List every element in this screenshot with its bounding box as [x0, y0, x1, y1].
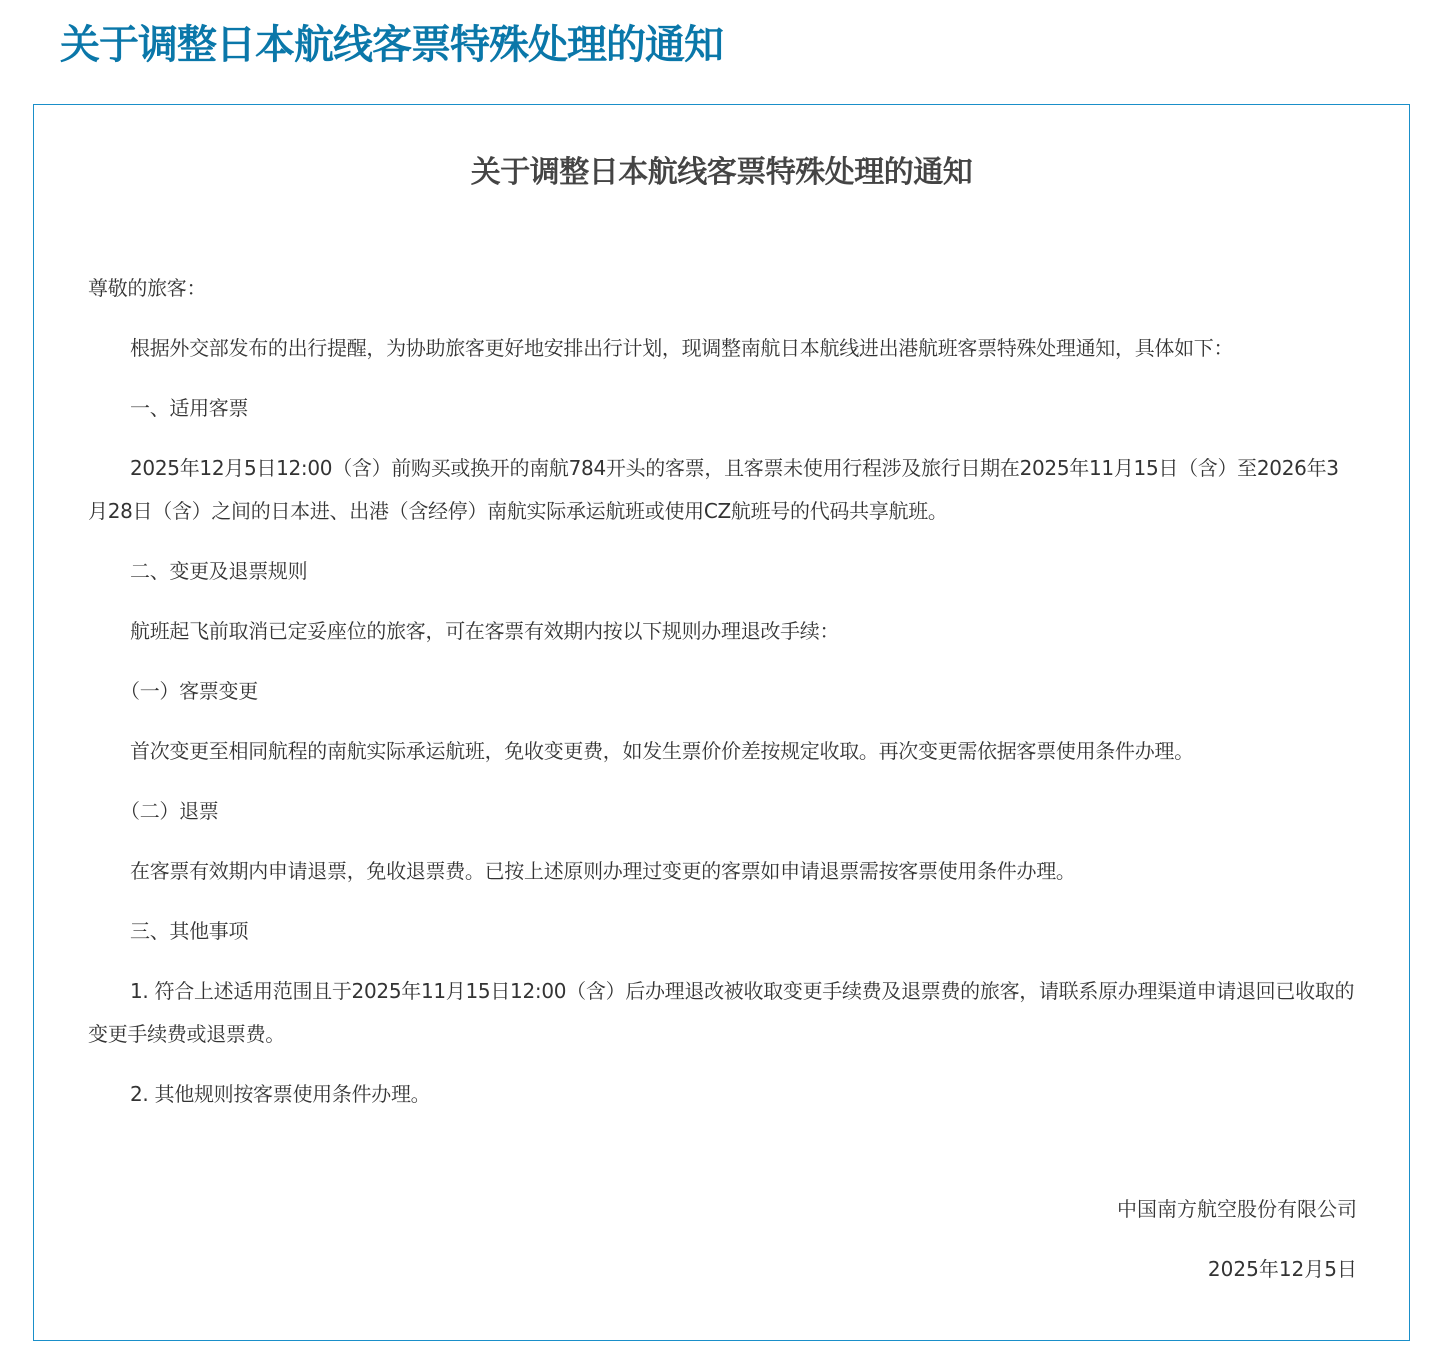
page-title: 关于调整日本航线客票特殊处理的通知 [60, 18, 723, 72]
signature-company: 中国南方航空股份有限公司 [1117, 1188, 1357, 1231]
greeting: 尊敬的旅客： [88, 267, 1357, 310]
section-3-item-1: 1. 符合上述适用范围且于2025年11月15日12:00（含）后办理退改被收取… [88, 970, 1357, 1056]
notice-body: 尊敬的旅客： 根据外交部发布的出行提醒，为协助旅客更好地安排出行计划，现调整南航… [88, 267, 1357, 1133]
section-2-heading: 二、变更及退票规则 [88, 550, 1357, 593]
signature-date: 2025年12月5日 [1117, 1248, 1357, 1291]
section-2-sub2-heading: （二）退票 [88, 790, 1357, 833]
section-2-sub1-text: 首次变更至相同航程的南航实际承运航班，免收变更费，如发生票价价差按规定收取。再次… [88, 730, 1357, 773]
signature: 中国南方航空股份有限公司 2025年12月5日 [1117, 1188, 1357, 1308]
section-2-text: 航班起飞前取消已定妥座位的旅客，可在客票有效期内按以下规则办理退改手续： [88, 610, 1357, 653]
intro-paragraph: 根据外交部发布的出行提醒，为协助旅客更好地安排出行计划，现调整南航日本航线进出港… [88, 327, 1357, 370]
section-3-heading: 三、其他事项 [88, 910, 1357, 953]
section-3-item-2: 2. 其他规则按客票使用条件办理。 [88, 1073, 1357, 1116]
notice-box: 关于调整日本航线客票特殊处理的通知 尊敬的旅客： 根据外交部发布的出行提醒，为协… [33, 104, 1410, 1341]
section-2-sub1-heading: （一）客票变更 [88, 670, 1357, 713]
section-1-heading: 一、适用客票 [88, 387, 1357, 430]
section-1-text: 2025年12月5日12:00（含）前购买或换开的南航784开头的客票，且客票未… [88, 447, 1357, 533]
section-2-sub2-text: 在客票有效期内申请退票，免收退票费。已按上述原则办理过变更的客票如申请退票需按客… [88, 850, 1357, 893]
notice-title: 关于调整日本航线客票特殊处理的通知 [34, 153, 1409, 193]
